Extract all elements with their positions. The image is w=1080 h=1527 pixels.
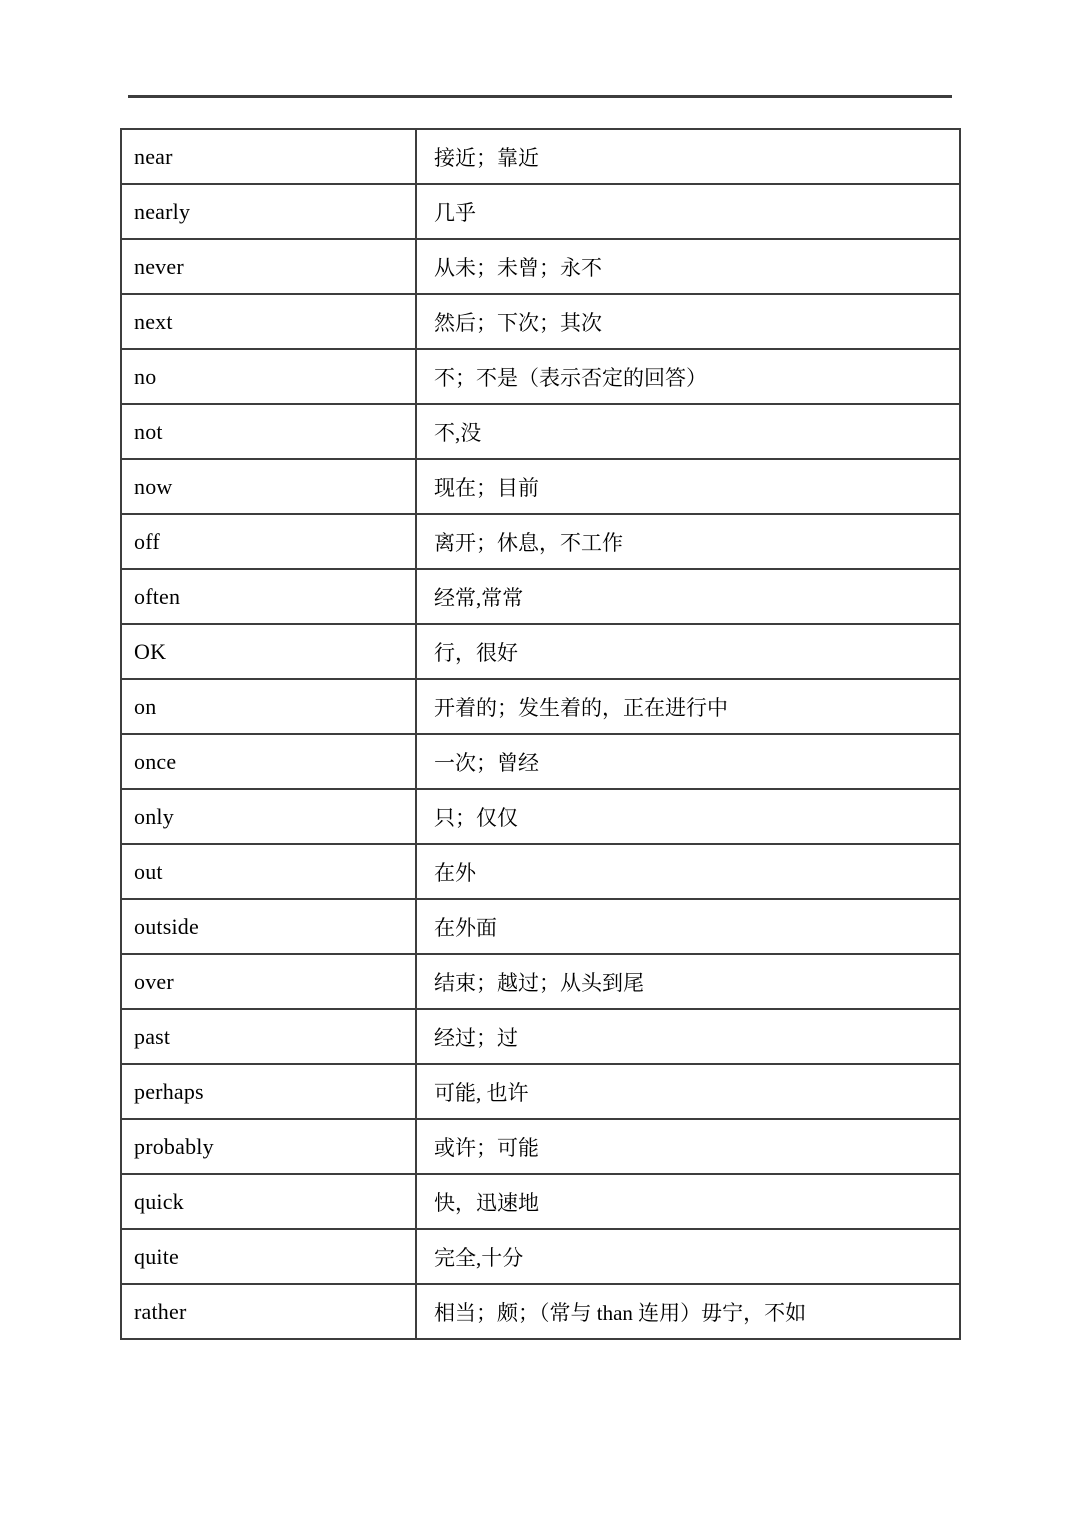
word-cell: quick xyxy=(121,1174,416,1229)
word-cell: over xyxy=(121,954,416,1009)
definition-cell: 从未；未曾；永不 xyxy=(416,239,960,294)
word-cell: out xyxy=(121,844,416,899)
definition-cell: 然后；下次；其次 xyxy=(416,294,960,349)
word-cell: outside xyxy=(121,899,416,954)
definition-cell: 相当；颇；（常与 than 连用）毋宁，不如 xyxy=(416,1284,960,1339)
word-cell: rather xyxy=(121,1284,416,1339)
table-row: quick快，迅速地 xyxy=(121,1174,960,1229)
table-row: nearly几乎 xyxy=(121,184,960,239)
word-cell: on xyxy=(121,679,416,734)
definition-cell: 离开；休息，不工作 xyxy=(416,514,960,569)
table-row: over结束；越过；从头到尾 xyxy=(121,954,960,1009)
definition-cell: 只；仅仅 xyxy=(416,789,960,844)
word-cell: near xyxy=(121,129,416,184)
definition-cell: 结束；越过；从头到尾 xyxy=(416,954,960,1009)
table-row: off离开；休息，不工作 xyxy=(121,514,960,569)
word-cell: nearly xyxy=(121,184,416,239)
word-cell: often xyxy=(121,569,416,624)
table-row: out在外 xyxy=(121,844,960,899)
vocab-table: near接近；靠近nearly几乎never从未；未曾；永不next然后；下次；… xyxy=(120,128,961,1340)
word-cell: probably xyxy=(121,1119,416,1174)
definition-cell: 或许；可能 xyxy=(416,1119,960,1174)
word-cell: only xyxy=(121,789,416,844)
word-cell: next xyxy=(121,294,416,349)
definition-cell: 开着的；发生着的，正在进行中 xyxy=(416,679,960,734)
definition-cell: 可能, 也许 xyxy=(416,1064,960,1119)
word-cell: past xyxy=(121,1009,416,1064)
definition-cell: 在外面 xyxy=(416,899,960,954)
table-row: probably或许；可能 xyxy=(121,1119,960,1174)
word-cell: off xyxy=(121,514,416,569)
table-row: never从未；未曾；永不 xyxy=(121,239,960,294)
table-row: next然后；下次；其次 xyxy=(121,294,960,349)
definition-cell: 现在；目前 xyxy=(416,459,960,514)
table-row: OK行，很好 xyxy=(121,624,960,679)
word-cell: not xyxy=(121,404,416,459)
table-row: no不；不是（表示否定的回答） xyxy=(121,349,960,404)
table-row: once一次；曾经 xyxy=(121,734,960,789)
table-row: only只；仅仅 xyxy=(121,789,960,844)
word-cell: once xyxy=(121,734,416,789)
definition-cell: 一次；曾经 xyxy=(416,734,960,789)
table-row: not不,没 xyxy=(121,404,960,459)
table-row: past经过；过 xyxy=(121,1009,960,1064)
definition-cell: 接近；靠近 xyxy=(416,129,960,184)
table-row: on开着的；发生着的，正在进行中 xyxy=(121,679,960,734)
definition-cell: 经常,常常 xyxy=(416,569,960,624)
table-row: quite完全,十分 xyxy=(121,1229,960,1284)
definition-cell: 完全,十分 xyxy=(416,1229,960,1284)
table-row: near接近；靠近 xyxy=(121,129,960,184)
word-cell: never xyxy=(121,239,416,294)
word-cell: OK xyxy=(121,624,416,679)
word-cell: perhaps xyxy=(121,1064,416,1119)
definition-cell: 行，很好 xyxy=(416,624,960,679)
definition-cell: 在外 xyxy=(416,844,960,899)
table-row: perhaps可能, 也许 xyxy=(121,1064,960,1119)
definition-cell: 快，迅速地 xyxy=(416,1174,960,1229)
vocab-table-body: near接近；靠近nearly几乎never从未；未曾；永不next然后；下次；… xyxy=(121,129,960,1339)
word-cell: no xyxy=(121,349,416,404)
definition-cell: 不；不是（表示否定的回答） xyxy=(416,349,960,404)
definition-cell: 经过；过 xyxy=(416,1009,960,1064)
table-row: outside在外面 xyxy=(121,899,960,954)
table-row: rather相当；颇；（常与 than 连用）毋宁，不如 xyxy=(121,1284,960,1339)
definition-cell: 几乎 xyxy=(416,184,960,239)
table-row: now现在；目前 xyxy=(121,459,960,514)
word-cell: now xyxy=(121,459,416,514)
table-row: often经常,常常 xyxy=(121,569,960,624)
page-divider-rule xyxy=(128,95,952,98)
word-cell: quite xyxy=(121,1229,416,1284)
definition-cell: 不,没 xyxy=(416,404,960,459)
